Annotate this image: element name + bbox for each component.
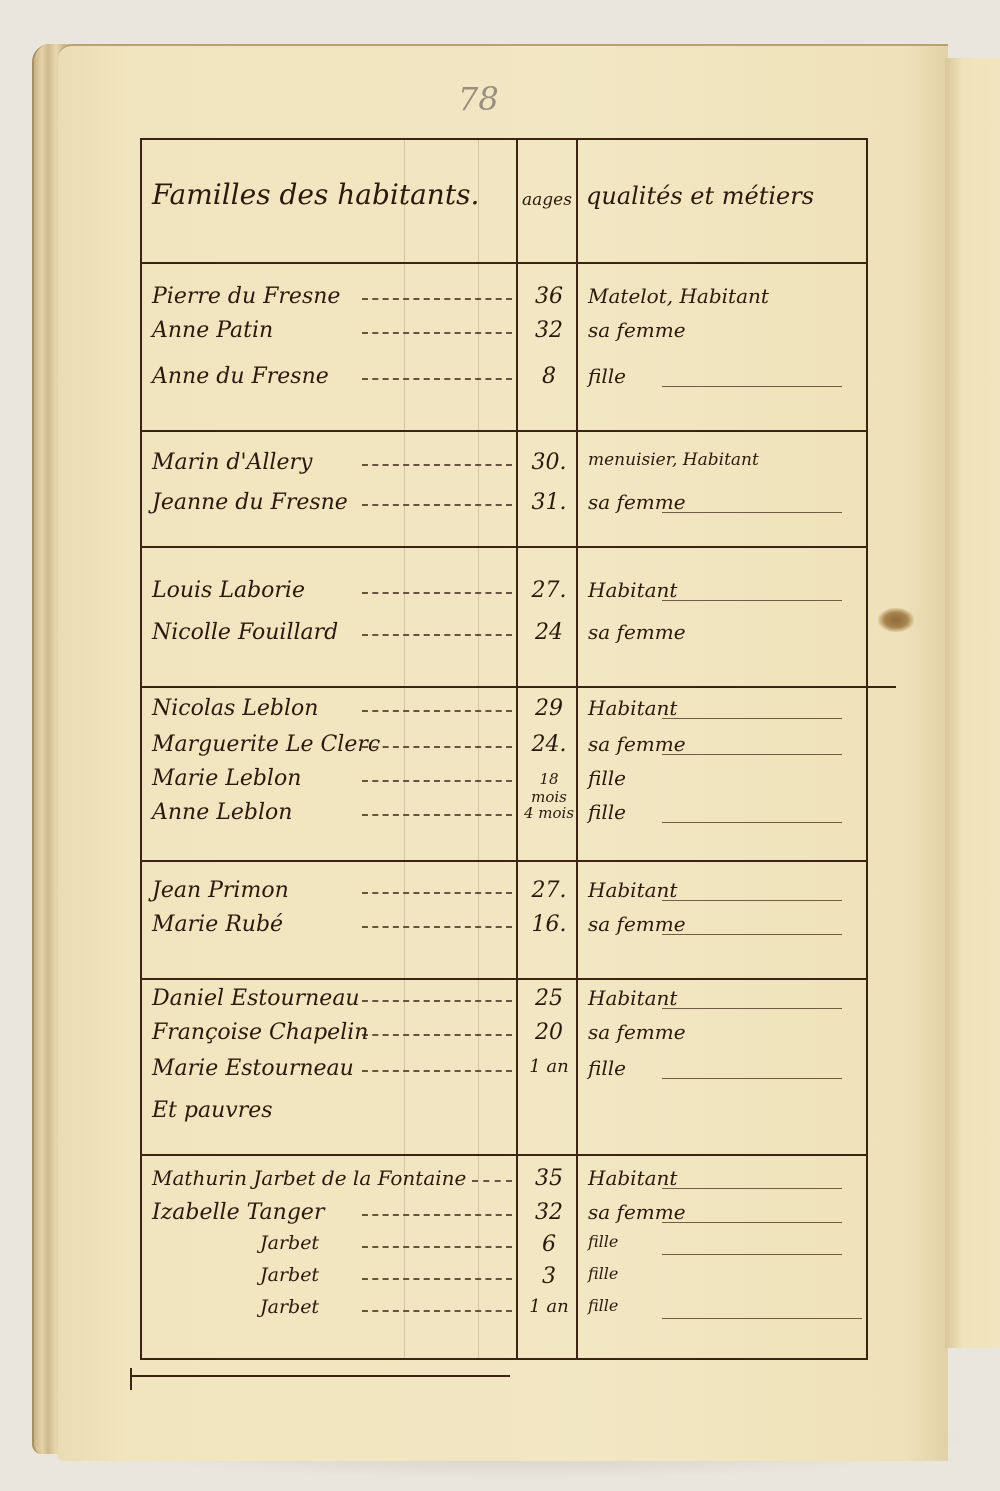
table-row: Anne du Fresne 8 fille — [142, 364, 870, 398]
table-row: Daniel Estourneau 25 Habitant — [142, 986, 870, 1020]
person-age: 6 — [520, 1232, 578, 1257]
family-separator — [142, 546, 866, 548]
person-name: Marin d'Allery — [152, 450, 312, 475]
person-quality: sa femme — [588, 620, 686, 644]
person-age: 4 mois — [520, 804, 578, 822]
person-name: Louis Laborie — [152, 578, 305, 603]
person-quality: fille — [588, 766, 626, 790]
ruled-line — [662, 1318, 862, 1319]
ruled-line — [662, 934, 842, 935]
person-name: Anne Leblon — [152, 800, 292, 825]
person-name: Françoise Chapelin — [152, 1020, 368, 1045]
person-quality: sa femme — [588, 912, 686, 936]
header-age: aages — [522, 190, 572, 210]
person-age: 35 — [520, 1166, 578, 1191]
table-row: Françoise Chapelin 20 sa femme — [142, 1020, 870, 1054]
person-age: 24. — [520, 732, 578, 757]
person-name: Nicolas Leblon — [152, 696, 318, 721]
table-row: Marie Leblon 18 mois fille — [142, 766, 870, 800]
person-name: Marguerite Le Clerc — [152, 732, 380, 757]
person-quality: sa femme — [588, 490, 686, 514]
person-age: 1 an — [520, 1296, 578, 1317]
ruled-line — [662, 754, 842, 755]
leader-dashes — [362, 1000, 512, 1002]
table-row: Izabelle Tanger 32 sa femme — [142, 1200, 870, 1234]
person-name: Anne Patin — [152, 318, 273, 343]
person-name: Jarbet — [260, 1232, 319, 1254]
person-age: 36 — [520, 284, 578, 309]
person-age: 8 — [520, 364, 578, 389]
leader-dashes — [362, 298, 512, 300]
person-quality: Habitant — [588, 696, 677, 720]
ruled-line — [662, 1078, 842, 1079]
table-row: Et pauvres — [142, 1098, 870, 1132]
leader-dashes — [362, 1310, 512, 1312]
person-age: 16. — [520, 912, 578, 937]
person-quality: fille — [588, 1232, 618, 1251]
person-name: Anne du Fresne — [152, 364, 329, 389]
person-name: Daniel Estourneau — [152, 986, 360, 1011]
leader-dashes — [362, 814, 512, 816]
table-row: Marguerite Le Clerc 24. sa femme — [142, 732, 870, 766]
table-row: Nicolle Fouillard 24 sa femme — [142, 620, 870, 654]
table-row: Mathurin Jarbet de la Fontaine 35 Habita… — [142, 1166, 870, 1200]
person-age: 31. — [520, 490, 578, 515]
person-name: Jarbet — [260, 1296, 319, 1318]
leader-dashes — [362, 592, 512, 594]
person-quality: fille — [588, 1296, 618, 1315]
table-row: Jarbet 6 fille — [142, 1232, 870, 1266]
person-age: 3 — [520, 1264, 578, 1289]
header-families: Familles des habitants. — [152, 178, 479, 211]
page-number: 78 — [458, 80, 499, 118]
person-quality: sa femme — [588, 1020, 686, 1044]
leader-dashes — [362, 926, 512, 928]
person-age: 27. — [520, 578, 578, 603]
table-row: Jarbet 3 fille — [142, 1264, 870, 1298]
family-separator — [142, 686, 896, 688]
person-age: 30. — [520, 450, 578, 475]
person-quality: Habitant — [588, 578, 677, 602]
person-quality: Habitant — [588, 1166, 677, 1190]
person-age: 32 — [520, 318, 578, 343]
leader-dashes — [362, 1214, 512, 1216]
table-row: Marie Rubé 16. sa femme — [142, 912, 870, 946]
person-age: 20 — [520, 1020, 578, 1045]
leader-dashes — [362, 332, 512, 334]
table-row: Anne Patin 32 sa femme — [142, 318, 870, 352]
person-name: Jean Primon — [152, 878, 289, 903]
person-name: Pierre du Fresne — [152, 284, 340, 309]
ruled-line — [662, 600, 842, 601]
table-row: Louis Laborie 27. Habitant — [142, 578, 870, 612]
leader-dashes — [362, 1070, 512, 1072]
leader-dashes — [362, 464, 512, 466]
family-separator — [142, 430, 866, 432]
bottom-bracket — [130, 1368, 132, 1390]
header-separator — [142, 262, 866, 264]
person-quality: sa femme — [588, 1200, 686, 1224]
person-name: Mathurin Jarbet de la Fontaine — [152, 1166, 466, 1190]
person-name: Marie Rubé — [152, 912, 283, 937]
leader-dashes — [362, 780, 512, 782]
person-name: Jarbet — [260, 1264, 319, 1286]
ruled-line — [662, 512, 842, 513]
leader-dashes — [362, 746, 512, 748]
person-quality: fille — [588, 1056, 626, 1080]
person-quality: fille — [588, 364, 626, 388]
table-row: Jean Primon 27. Habitant — [142, 878, 870, 912]
ruled-line — [662, 1008, 842, 1009]
ruled-line — [662, 1188, 842, 1189]
person-quality: sa femme — [588, 318, 686, 342]
person-name: Marie Leblon — [152, 766, 301, 791]
leader-dashes — [362, 1034, 512, 1036]
person-quality: Habitant — [588, 986, 677, 1010]
leader-dashes — [362, 710, 512, 712]
person-age: 25 — [520, 986, 578, 1011]
ruled-line — [662, 718, 842, 719]
person-name: Nicolle Fouillard — [152, 620, 338, 645]
person-name: Marie Estourneau — [152, 1056, 354, 1081]
leader-dashes — [472, 1180, 512, 1182]
person-quality: fille — [588, 1264, 618, 1283]
table-row: Pierre du Fresne 36 Matelot, Habitant — [142, 284, 870, 318]
table-row: Nicolas Leblon 29 Habitant — [142, 696, 870, 730]
family-separator — [142, 1154, 866, 1156]
leader-dashes — [362, 892, 512, 894]
person-quality: fille — [588, 800, 626, 824]
ruled-line — [662, 1254, 842, 1255]
person-age: 27. — [520, 878, 578, 903]
person-name: Jeanne du Fresne — [152, 490, 348, 515]
header-quality: qualités et métiers — [586, 182, 814, 210]
family-separator — [142, 978, 866, 980]
ruled-line — [662, 822, 842, 823]
ruled-line — [662, 900, 842, 901]
person-age: 24 — [520, 620, 578, 645]
leader-dashes — [362, 504, 512, 506]
table-row: Jarbet 1 an fille — [142, 1296, 870, 1330]
person-name: Et pauvres — [152, 1098, 273, 1123]
ruled-line — [662, 1222, 842, 1223]
person-name: Izabelle Tanger — [152, 1200, 324, 1225]
person-quality: Habitant — [588, 878, 677, 902]
leader-dashes — [362, 634, 512, 636]
person-quality: menuisier, Habitant — [588, 450, 759, 470]
leader-dashes — [362, 1246, 512, 1248]
table-row: Jeanne du Fresne 31. sa femme — [142, 490, 870, 524]
facing-page-edge — [945, 58, 1000, 1348]
census-table: Familles des habitants. aages qualités e… — [140, 138, 868, 1360]
table-row: Anne Leblon 4 mois fille — [142, 800, 870, 834]
person-age: 29 — [520, 696, 578, 721]
leader-dashes — [362, 378, 512, 380]
person-quality: Matelot, Habitant — [588, 284, 769, 308]
person-quality: sa femme — [588, 732, 686, 756]
person-age: 32 — [520, 1200, 578, 1225]
bottom-rule — [130, 1375, 510, 1377]
family-separator — [142, 860, 866, 862]
ruled-line — [662, 386, 842, 387]
table-row: Marie Estourneau 1 an fille — [142, 1056, 870, 1090]
person-age: 1 an — [520, 1056, 578, 1077]
table-row: Marin d'Allery 30. menuisier, Habitant — [142, 450, 870, 484]
ink-stain — [878, 608, 914, 632]
leader-dashes — [362, 1278, 512, 1280]
